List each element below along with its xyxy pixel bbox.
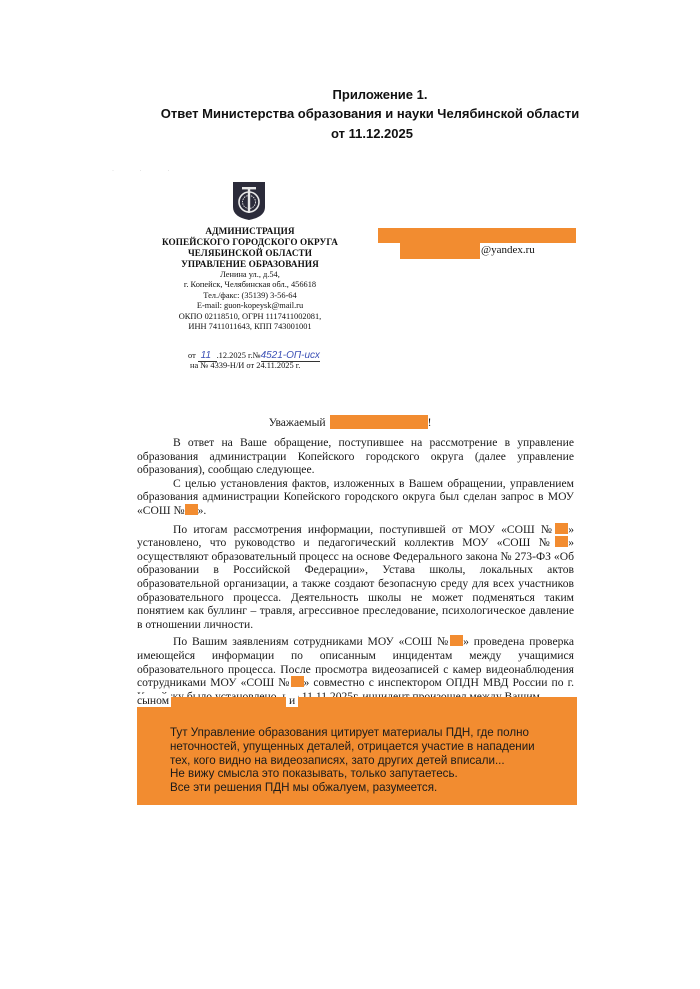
addressee-email-domain: @yandex.ru xyxy=(481,244,535,256)
org-name-line: ЧЕЛЯБИНСКОЙ ОБЛАСТИ xyxy=(150,248,350,259)
appendix-date: от 11.12.2025 xyxy=(22,126,700,141)
org-email: E-mail: guon-kopeysk@mail.ru xyxy=(150,301,350,311)
org-name-line: УПРАВЛЕНИЕ ОБРАЗОВАНИЯ xyxy=(150,259,350,270)
school-number-redaction xyxy=(291,676,304,687)
org-name-line: КОПЕЙСКОГО ГОРОДСКОГО ОКРУГА xyxy=(150,237,350,248)
paragraph-3: По итогам рассмотрения информации, посту… xyxy=(137,523,574,632)
school-number-redaction xyxy=(555,523,568,534)
city-coat-of-arms-icon xyxy=(232,181,266,221)
note-line: тех, кого видно на видеозаписях, зато др… xyxy=(170,754,570,768)
appendix-subtitle: Ответ Министерства образования и науки Ч… xyxy=(20,106,700,121)
outgoing-prefix: от xyxy=(188,351,196,360)
appendix-title: Приложение 1. xyxy=(30,87,700,102)
paragraph-4: По Вашим заявлениям сотрудниками МОУ «СО… xyxy=(137,635,574,703)
son-name-redaction xyxy=(177,697,280,707)
school-number-redaction xyxy=(555,536,568,547)
scan-specks: · · · xyxy=(112,168,181,174)
addressee-redaction xyxy=(378,228,576,243)
org-city: г. Копейск, Челябинская обл., 456618 xyxy=(150,280,350,290)
paragraph-1: В ответ на Ваше обращение, поступившее н… xyxy=(137,436,574,477)
note-line: Не вижу смысла это показывать, только за… xyxy=(170,767,570,781)
outgoing-reference: от 11 .12.2025 г.№4521-ОП-исх xyxy=(188,350,320,361)
note-line: Тут Управление образования цитирует мате… xyxy=(170,726,570,740)
org-phone: Тел./факс: (35139) 3-56-64 xyxy=(150,291,350,301)
org-registry-codes: ОКПО 02118510, ОГРН 1117411002081, xyxy=(150,312,350,322)
outgoing-date: .12.2025 г.№ xyxy=(217,351,261,360)
note-line: неточностей, упущенных деталей, отрицает… xyxy=(170,740,570,754)
son-word: сыном xyxy=(137,694,171,707)
incoming-reference: на № 4339-Н/И от 24.11.2025 г. xyxy=(190,361,300,370)
and-word: и xyxy=(286,694,298,707)
addressee-redaction xyxy=(400,243,480,259)
school-number-redaction xyxy=(185,504,198,515)
paragraph-2: С целью установления фактов, изложенных … xyxy=(137,477,574,518)
note-line: Все эти решения ПДН мы обжалуем, разумее… xyxy=(170,781,570,795)
letter-body: В ответ на Ваше обращение, поступившее н… xyxy=(137,436,574,703)
annotation-note: Тут Управление образования цитирует мате… xyxy=(170,726,570,795)
greeting: Уважаемый! xyxy=(0,415,700,429)
recipient-name-redaction xyxy=(330,415,428,429)
letterhead: АДМИНИСТРАЦИЯ КОПЕЙСКОГО ГОРОДСКОГО ОКРУ… xyxy=(150,226,350,332)
document-page: Приложение 1. Ответ Министерства образов… xyxy=(0,0,700,989)
org-address: Ленина ул., д.54, xyxy=(150,270,350,280)
org-tax-codes: ИНН 7411011643, КПП 743001001 xyxy=(150,322,350,332)
school-number-redaction xyxy=(450,635,463,646)
org-name-line: АДМИНИСТРАЦИЯ xyxy=(150,226,350,237)
